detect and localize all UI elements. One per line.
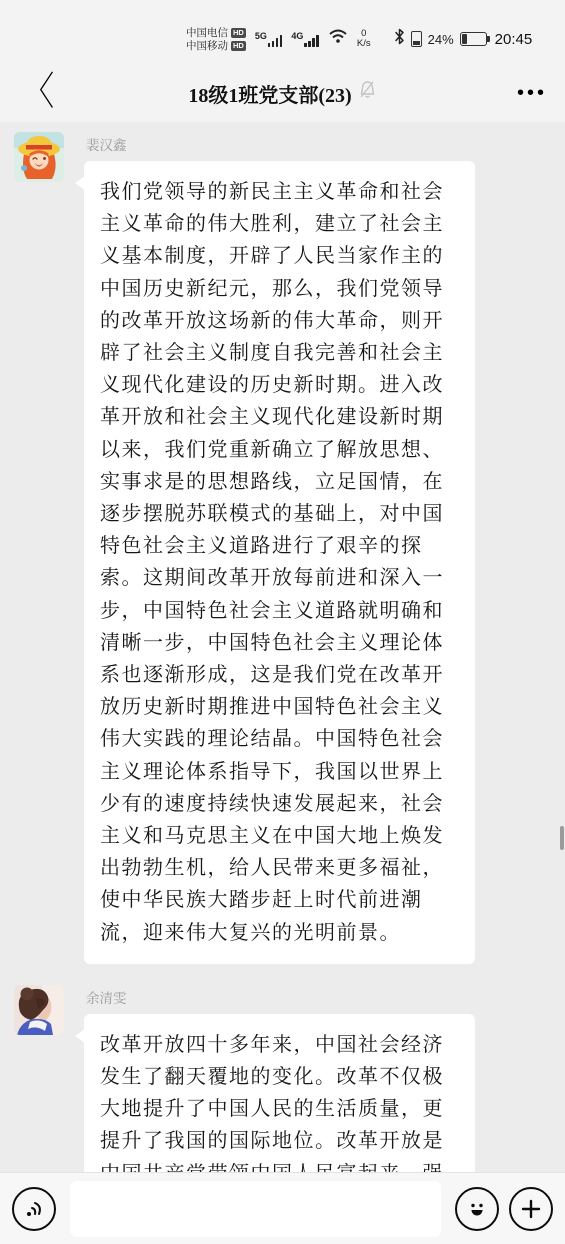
signal-5g: 5G bbox=[255, 31, 283, 47]
clock: 20:45 bbox=[495, 31, 533, 48]
wechat-group-chat-screen: 中国电信 HD 中国移动 HD 5G 4G bbox=[0, 0, 565, 1244]
more-functions-button[interactable] bbox=[509, 1187, 553, 1231]
nav-bar: 〈 18级1班党支部(23) ••• bbox=[0, 64, 565, 122]
status-bar: 中国电信 HD 中国移动 HD 5G 4G bbox=[0, 0, 565, 64]
muted-bell-icon bbox=[358, 80, 377, 106]
message-row: 余清雯 改革开放四十多年来，中国社会经济发生了翻天覆地的变化。改革不仅极大地提升… bbox=[0, 964, 565, 1172]
chat-input-bar bbox=[0, 1172, 565, 1244]
sender-name: 余清雯 bbox=[86, 987, 475, 1007]
more-options-button[interactable]: ••• bbox=[517, 82, 547, 105]
chat-title-wrap: 18级1班党支部(23) bbox=[0, 79, 565, 108]
chat-message-list[interactable]: 裴汉鑫 我们党领导的新民主主义革命和社会主义革命的伟大胜利，建立了社会主义基本制… bbox=[0, 122, 565, 1172]
emoji-button[interactable] bbox=[455, 1187, 499, 1231]
scrollbar-thumb[interactable] bbox=[560, 826, 564, 850]
hd-badge-icon: HD bbox=[231, 28, 246, 38]
avatar-member-2[interactable] bbox=[14, 985, 64, 1035]
voice-message-button[interactable] bbox=[12, 1187, 56, 1231]
signal-bars-icon bbox=[304, 35, 319, 47]
message-input[interactable] bbox=[70, 1181, 441, 1237]
avatar-member-1[interactable] bbox=[14, 132, 64, 182]
signal-4g: 4G bbox=[291, 31, 319, 47]
message-row: 裴汉鑫 我们党领导的新民主主义革命和社会主义革命的伟大胜利，建立了社会主义基本制… bbox=[0, 122, 565, 964]
signal-bars-icon bbox=[268, 35, 283, 47]
battery-icon bbox=[460, 32, 487, 46]
message-bubble[interactable]: 我们党领导的新民主主义革命和社会主义革命的伟大胜利，建立了社会主义基本制度，开辟… bbox=[84, 161, 475, 964]
bluetooth-icon bbox=[394, 28, 405, 50]
device-battery-icon bbox=[411, 31, 422, 47]
wifi-icon bbox=[328, 29, 348, 49]
network-speed: 0 K/s bbox=[357, 29, 371, 49]
back-button[interactable]: 〈 bbox=[18, 74, 60, 113]
battery-percent: 24% bbox=[428, 32, 454, 47]
carrier-2-label: 中国移动 bbox=[186, 40, 228, 52]
carrier-1-label: 中国电信 bbox=[186, 27, 228, 39]
hd-badge-icon: HD bbox=[231, 41, 246, 51]
sender-name: 裴汉鑫 bbox=[86, 134, 475, 154]
carrier-labels: 中国电信 HD 中国移动 HD bbox=[186, 27, 246, 52]
message-bubble[interactable]: 改革开放四十多年来，中国社会经济发生了翻天覆地的变化。改革不仅极大地提升了中国人… bbox=[84, 1014, 475, 1172]
chat-title: 18级1班党支部(23) bbox=[188, 79, 351, 108]
